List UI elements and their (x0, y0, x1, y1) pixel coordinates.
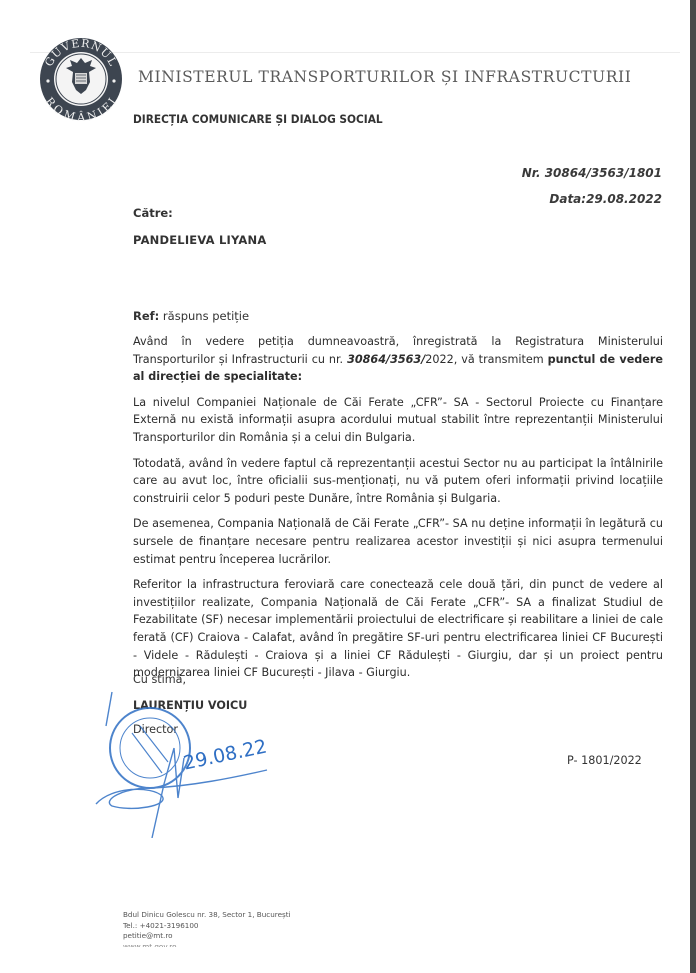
government-seal-icon: GUVERNUL ROMÂNIEI (38, 36, 124, 122)
addressee-name: PANDELIEVA LIYANA (133, 233, 266, 247)
p1-petition-ref: 30864/3563/ (347, 353, 425, 366)
document-date: Data:29.08.2022 (549, 192, 662, 206)
footer-phone: Tel.: +4021-3196100 (123, 921, 291, 932)
scan-edge-bar (690, 0, 696, 973)
closing-salutation: Cu stimă, (133, 673, 186, 686)
svg-text:29.08.22: 29.08.22 (181, 735, 268, 774)
header-rule (30, 52, 680, 53)
direction-name: DIRECȚIA COMUNICARE ȘI DIALOG SOCIAL (133, 112, 383, 126)
paragraph-4: De asemenea, Compania Națională de Căi F… (133, 515, 663, 568)
registration-number: Nr. 30864/3563/1801 (522, 166, 662, 180)
paragraph-1: Având în vedere petiția dumneavoastră, î… (133, 333, 663, 386)
subject-line: Ref: răspuns petiție (133, 309, 249, 323)
paragraph-5: Referitor la infrastructura feroviară ca… (133, 576, 663, 682)
footer-email: petitie@mt.ro (123, 931, 291, 942)
footer-website: www.mt.gov.ro (123, 942, 291, 947)
subject-text: răspuns petiție (159, 309, 249, 323)
p1-petition-year: 2022 (425, 353, 453, 366)
p1-text-2: , vă transmitem (454, 353, 548, 366)
paragraph-2: La nivelul Companiei Naționale de Căi Fe… (133, 394, 663, 447)
ministry-name: MINISTERUL TRANSPORTURILOR ȘI INFRASTRUC… (138, 68, 631, 86)
addressee-label: Către: (133, 206, 173, 220)
registry-number: P- 1801/2022 (567, 754, 642, 767)
footer-address: Bdul Dinicu Golescu nr. 38, Sector 1, Bu… (123, 910, 291, 921)
letter-body: Având în vedere petiția dumneavoastră, î… (133, 333, 663, 690)
official-stamp-and-signature: 29.08.22 (92, 688, 272, 838)
paragraph-3: Totodată, având în vedere faptul că repr… (133, 455, 663, 508)
footer-contact: Bdul Dinicu Golescu nr. 38, Sector 1, Bu… (123, 910, 291, 947)
subject-label: Ref: (133, 309, 159, 323)
